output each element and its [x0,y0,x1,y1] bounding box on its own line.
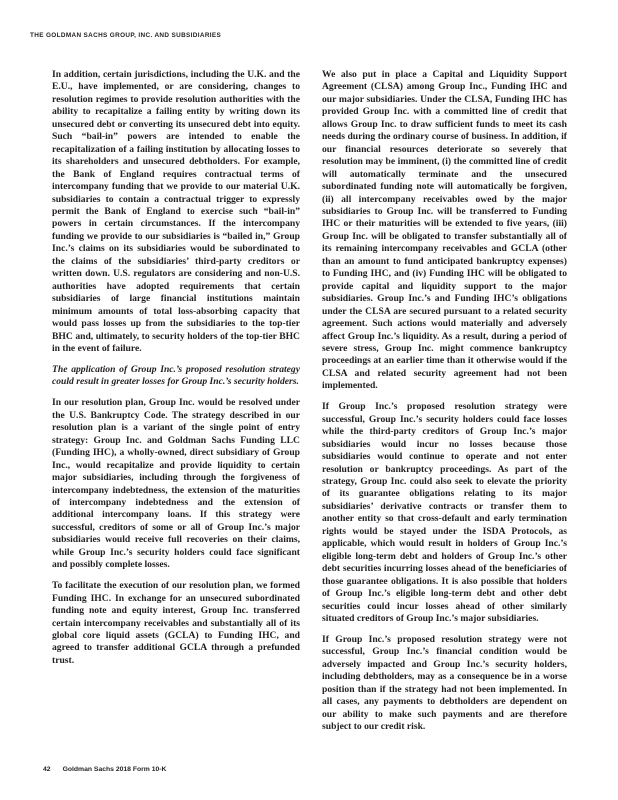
paragraph-clsa: We also put in place a Capital and Liqui… [322,69,567,393]
left-column: In addition, certain jurisdictions, incl… [52,69,300,676]
paragraph-strategy-not-successful: If Group Inc.’s proposed resolution stra… [322,634,567,734]
paragraph-bail-in: In addition, certain jurisdictions, incl… [52,69,300,355]
running-header: The Goldman Sachs Group, Inc. and Subsid… [30,32,221,39]
paragraph-strategy-successful: If Group Inc.’s proposed resolution stra… [322,401,567,625]
paragraph-funding-ihc: To facilitate the execution of our resol… [52,580,300,667]
page-footer: 42 Goldman Sachs 2018 Form 10-K [43,766,166,773]
page-number: 42 [43,766,51,773]
paragraph-resolution-plan: In our resolution plan, Group Inc. would… [52,397,300,571]
publication-title: Goldman Sachs 2018 Form 10-K [63,766,167,773]
right-column: We also put in place a Capital and Liqui… [322,69,567,742]
risk-heading-resolution-strategy: The application of Group Inc.’s proposed… [52,364,300,389]
